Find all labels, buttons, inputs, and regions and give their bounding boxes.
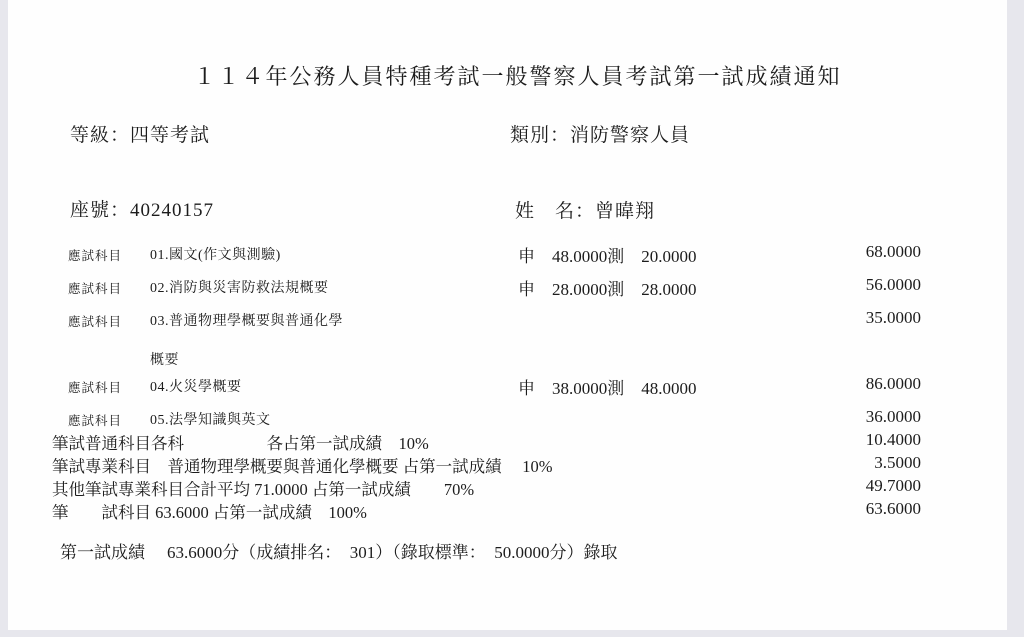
summary-text: 筆 試科目 63.6000 占第一試成績 100% [52, 499, 367, 523]
result-admission-standard: （錄取標準： 50.0000分） [392, 543, 583, 562]
seat-number-value: 40240157 [130, 200, 214, 221]
subject-total: 35.0000 [866, 308, 921, 328]
subject-row: 應試科目 04.火災學概要 申 38.0000測 48.0000 86.0000 [8, 374, 1007, 398]
summary-row: 筆 試科目 63.6000 占第一試成績 100% 63.6000 [8, 499, 1007, 523]
result-status: 錄取 [584, 543, 618, 562]
subject-row: 應試科目 05.法學知識與英文 36.0000 [8, 407, 1007, 431]
summary-total: 10.4000 [866, 430, 921, 450]
subject-name: 04.火災學概要 [150, 376, 242, 396]
summary-row: 其他筆試專業科目合計平均 71.0000 占第一試成績 70% 49.7000 [8, 476, 1007, 500]
grade-field: 等級：四等考試 [70, 120, 210, 147]
subject-name: 05.法學知識與英文 [150, 409, 271, 429]
result-line: 第一試成績63.6000分（成績排名： 301）（錄取標準： 50.0000分）… [60, 538, 618, 563]
result-score: 63.6000分 [167, 543, 239, 562]
summary-total: 49.7000 [866, 476, 921, 496]
summary-total: 63.6000 [866, 499, 921, 519]
subject-total: 68.0000 [866, 242, 921, 262]
subject-total: 36.0000 [866, 407, 921, 427]
subject-row-label: 應試科目 [68, 246, 122, 264]
summary-row: 筆試普通科目各科 各占第一試成績 10% 10.4000 [8, 430, 1007, 454]
name-value: 曾暐翔 [595, 201, 655, 222]
summary-text: 筆試專業科目 普通物理學概要與普通化學概要 占第一試成績 10% [52, 453, 553, 477]
subject-row: 應試科目 03.普通物理學概要與普通化學 概要 35.0000 [8, 308, 1007, 332]
subject-name: 02.消防與災害防救法規概要 [150, 277, 329, 297]
category-value: 消防警察人員 [570, 125, 690, 146]
grade-label: 等級： [70, 125, 130, 146]
document-title: １１４年公務人員特種考試一般警察人員考試第一試成績通知 [28, 60, 1007, 91]
result-label: 第一試成績 [60, 543, 145, 562]
grade-value: 四等考試 [130, 125, 210, 146]
seat-number-label: 座號： [70, 200, 130, 221]
subject-row-label: 應試科目 [68, 312, 122, 330]
document-page: １１４年公務人員特種考試一般警察人員考試第一試成績通知 等級：四等考試 類別：消… [8, 0, 1007, 630]
subject-total: 56.0000 [866, 275, 921, 295]
subject-name-wrap: 概要 [150, 349, 179, 369]
subject-row-label: 應試科目 [68, 378, 122, 396]
summary-text: 其他筆試專業科目合計平均 71.0000 占第一試成績 70% [52, 476, 474, 500]
subject-scores: 申 28.0000測 28.0000 [518, 275, 697, 300]
subject-name: 01.國文(作文與測驗) [150, 244, 281, 264]
summary-text: 筆試普通科目各科 各占第一試成績 10% [52, 430, 429, 454]
subject-total: 86.0000 [866, 374, 921, 394]
subject-row: 應試科目 01.國文(作文與測驗) 申 48.0000測 20.0000 68.… [8, 242, 1007, 266]
category-label: 類別： [510, 125, 570, 146]
seat-number-field: 座號：40240157 [70, 195, 214, 222]
name-field: 姓 名：曾暐翔 [515, 196, 655, 223]
subject-row-label: 應試科目 [68, 411, 122, 429]
category-field: 類別：消防警察人員 [510, 120, 690, 147]
result-rank: （成績排名： 301） [239, 543, 392, 562]
name-label: 姓 名： [515, 201, 595, 222]
subject-row: 應試科目 02.消防與災害防救法規概要 申 28.0000測 28.0000 5… [8, 275, 1007, 299]
subject-scores: 申 38.0000測 48.0000 [518, 374, 697, 399]
summary-row: 筆試專業科目 普通物理學概要與普通化學概要 占第一試成績 10% 3.5000 [8, 453, 1007, 477]
summary-total: 3.5000 [874, 453, 921, 473]
subject-row-label: 應試科目 [68, 279, 122, 297]
subject-name: 03.普通物理學概要與普通化學 [150, 310, 343, 330]
subject-scores: 申 48.0000測 20.0000 [518, 242, 697, 267]
